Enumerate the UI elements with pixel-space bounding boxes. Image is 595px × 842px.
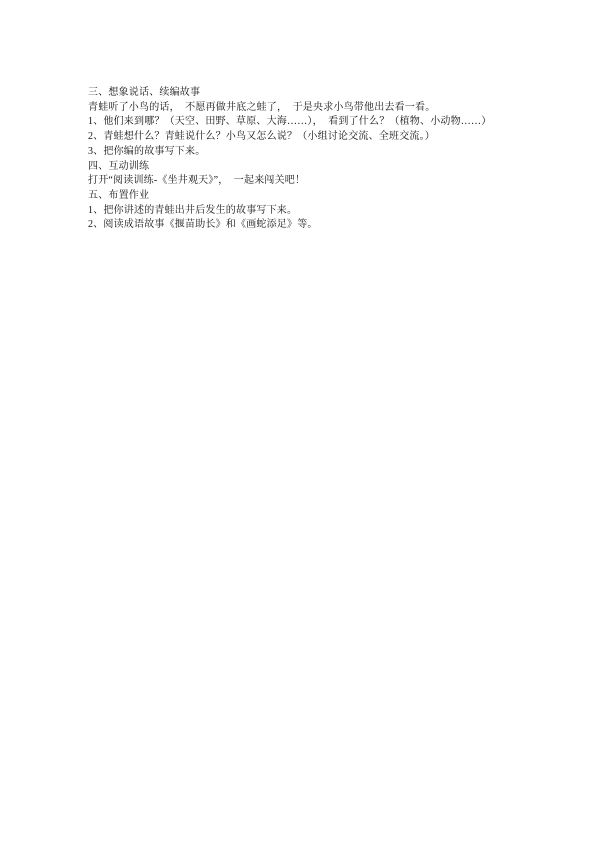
list-item-2: 2、青蛙想什么？青蛙说什么？小鸟又怎么说？（小组讨论交流、全班交流。） (88, 130, 518, 145)
paragraph-interactive: 打开“阅读训练-《坐井观天》”， 一起来闯关吧！ (88, 174, 518, 189)
paragraph-intro: 青蛙听了小鸟的话， 不愿再做井底之蛙了， 于是央求小鸟带他出去看一看。 (88, 101, 518, 116)
homework-item-2: 2、阅读成语故事《揠苗助长》和《画蛇添足》等。 (88, 218, 518, 233)
document-body: 三、想象说话、续编故事 青蛙听了小鸟的话， 不愿再做井底之蛙了， 于是央求小鸟带… (88, 86, 518, 233)
section-heading-5: 五、布置作业 (88, 189, 518, 204)
section-heading-4: 四、互动训练 (88, 160, 518, 175)
list-item-3: 3、把你编的故事写下来。 (88, 145, 518, 160)
section-heading-3: 三、想象说话、续编故事 (88, 86, 518, 101)
homework-item-1: 1、把你讲述的青蛙出井后发生的故事写下来。 (88, 204, 518, 219)
list-item-1: 1、他们来到哪？（天空、田野、草原、大海……）， 看到了什么？（植物、小动物……… (88, 115, 518, 130)
document-page: 三、想象说话、续编故事 青蛙听了小鸟的话， 不愿再做井底之蛙了， 于是央求小鸟带… (0, 0, 595, 842)
